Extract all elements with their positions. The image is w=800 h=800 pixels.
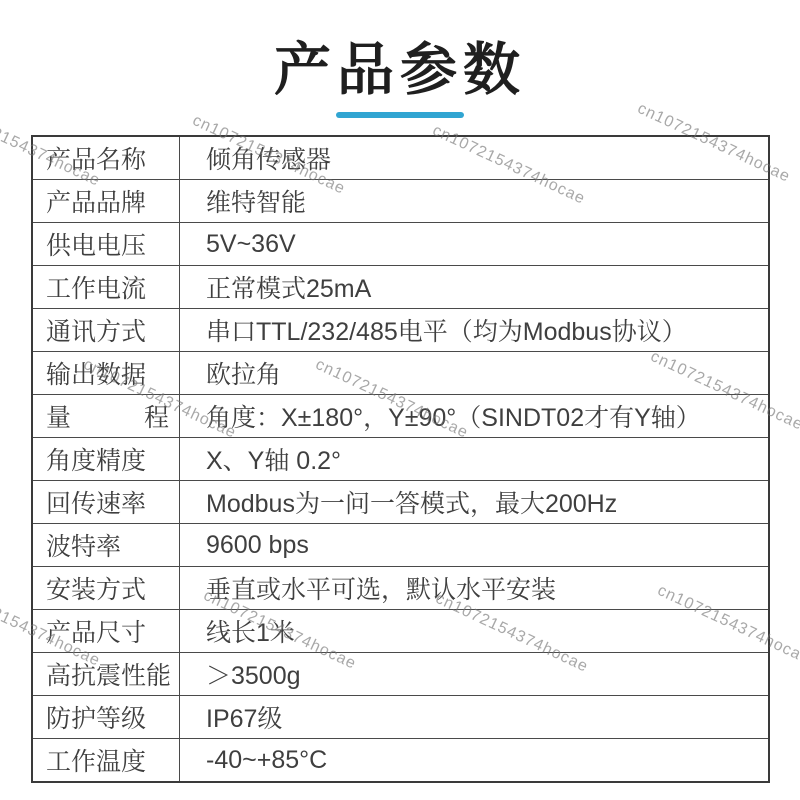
param-value: IP67级: [180, 696, 768, 738]
param-label: 输出数据: [33, 352, 180, 394]
param-value: X、Y轴 0.2°: [180, 438, 768, 480]
param-label: 通讯方式: [33, 309, 180, 351]
param-value: -40~+85°C: [180, 739, 768, 781]
param-value: Modbus为一问一答模式，最大200Hz: [180, 481, 768, 523]
param-value: 角度：X±180°，Y±90°（SINDT02才有Y轴）: [180, 395, 768, 437]
title-underline-accent: [336, 112, 464, 118]
param-value: 垂直或水平可选，默认水平安装: [180, 567, 768, 609]
table-row-supply-voltage: 供电电压 5V~36V: [33, 223, 768, 266]
param-value: ＞3500g: [180, 653, 768, 695]
table-row-shock-resistance: 高抗震性能 ＞3500g: [33, 653, 768, 696]
table-row-angle-accuracy: 角度精度 X、Y轴 0.2°: [33, 438, 768, 481]
table-row-working-current: 工作电流 正常模式25mA: [33, 266, 768, 309]
param-label: 供电电压: [33, 223, 180, 265]
param-label: 回传速率: [33, 481, 180, 523]
table-row-product-size: 产品尺寸 线长1米: [33, 610, 768, 653]
table-row-return-rate: 回传速率 Modbus为一问一答模式，最大200Hz: [33, 481, 768, 524]
param-value: 5V~36V: [180, 223, 768, 265]
param-label: 工作电流: [33, 266, 180, 308]
page-title: 产品参数: [0, 24, 800, 106]
param-label: 防护等级: [33, 696, 180, 738]
param-value: 线长1米: [180, 610, 768, 652]
param-label: 波特率: [33, 524, 180, 566]
param-value: 欧拉角: [180, 352, 768, 394]
param-value: 倾角传感器: [180, 137, 768, 179]
table-row-range: 量程 角度：X±180°，Y±90°（SINDT02才有Y轴）: [33, 395, 768, 438]
param-label: 工作温度: [33, 739, 180, 781]
table-row-communication: 通讯方式 串口TTL/232/485电平（均为Modbus协议）: [33, 309, 768, 352]
table-row-installation: 安装方式 垂直或水平可选，默认水平安装: [33, 567, 768, 610]
param-label: 产品尺寸: [33, 610, 180, 652]
table-row-operating-temperature: 工作温度 -40~+85°C: [33, 739, 768, 781]
param-label: 角度精度: [33, 438, 180, 480]
param-value: 9600 bps: [180, 524, 768, 566]
param-label: 产品品牌: [33, 180, 180, 222]
param-label: 安装方式: [33, 567, 180, 609]
table-row-brand: 产品品牌 维特智能: [33, 180, 768, 223]
param-value: 串口TTL/232/485电平（均为Modbus协议）: [180, 309, 768, 351]
param-label: 产品名称: [33, 137, 180, 179]
table-row-product-name: 产品名称 倾角传感器: [33, 137, 768, 180]
table-row-protection-rating: 防护等级 IP67级: [33, 696, 768, 739]
param-value: 正常模式25mA: [180, 266, 768, 308]
param-value: 维特智能: [180, 180, 768, 222]
param-label: 量程: [33, 395, 180, 437]
param-label: 高抗震性能: [33, 653, 180, 695]
product-params-page: 产品参数 产品名称 倾角传感器 产品品牌 维特智能 供电电压 5V~36V 工作…: [0, 0, 800, 800]
table-row-baud-rate: 波特率 9600 bps: [33, 524, 768, 567]
table-row-output-data: 输出数据 欧拉角: [33, 352, 768, 395]
spec-table: 产品名称 倾角传感器 产品品牌 维特智能 供电电压 5V~36V 工作电流 正常…: [31, 135, 770, 783]
